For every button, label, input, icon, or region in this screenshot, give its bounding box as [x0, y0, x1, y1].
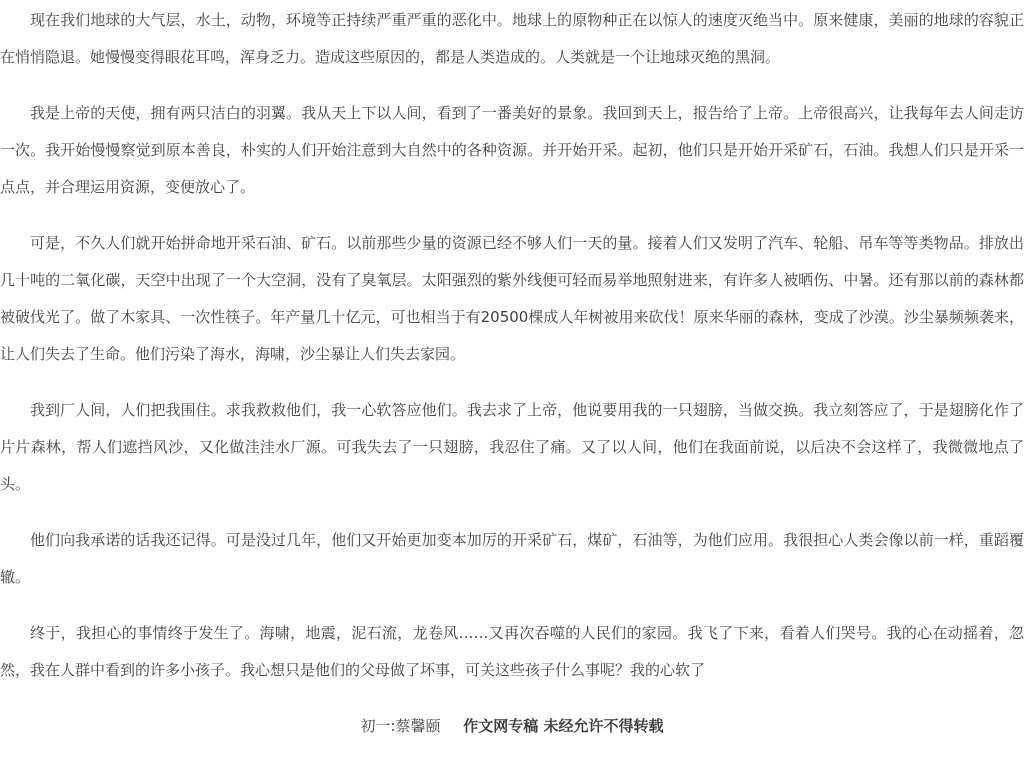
essay-paragraph: 他们向我承诺的话我还记得。可是没过几年，他们又开始更加变本加厉的开采矿石，煤矿，…: [0, 522, 1024, 596]
essay-paragraph: 可是，不久人们就开始拼命地开采石油、矿石。以前那些少量的资源已经不够人们一天的量…: [0, 225, 1024, 373]
essay-paragraph: 终于，我担心的事情终于发生了。海啸，地震，泥石流，龙卷风……又再次吞噬的人民们的…: [0, 615, 1024, 689]
author-byline: 初一:蔡馨颐: [360, 717, 440, 735]
essay-paragraph: 我到厂人间，人们把我围住。求我救救他们，我一心软答应他们。我去求了上帝，他说要用…: [0, 392, 1024, 503]
essay-footer: 初一:蔡馨颐 作文网专稿 未经允许不得转载: [0, 708, 1024, 745]
essay-paragraph: 我是上帝的天使，拥有两只洁白的羽翼。我从天上下以人间，看到了一番美好的景象。我回…: [0, 95, 1024, 206]
essay-body: 现在我们地球的大气层，水土，动物，环境等正持续严重严重的恶化中。地球上的原物种正…: [0, 0, 1024, 745]
copyright-notice: 作文网专稿 未经允许不得转载: [463, 717, 663, 735]
essay-paragraph: 现在我们地球的大气层，水土，动物，环境等正持续严重严重的恶化中。地球上的原物种正…: [0, 2, 1024, 76]
